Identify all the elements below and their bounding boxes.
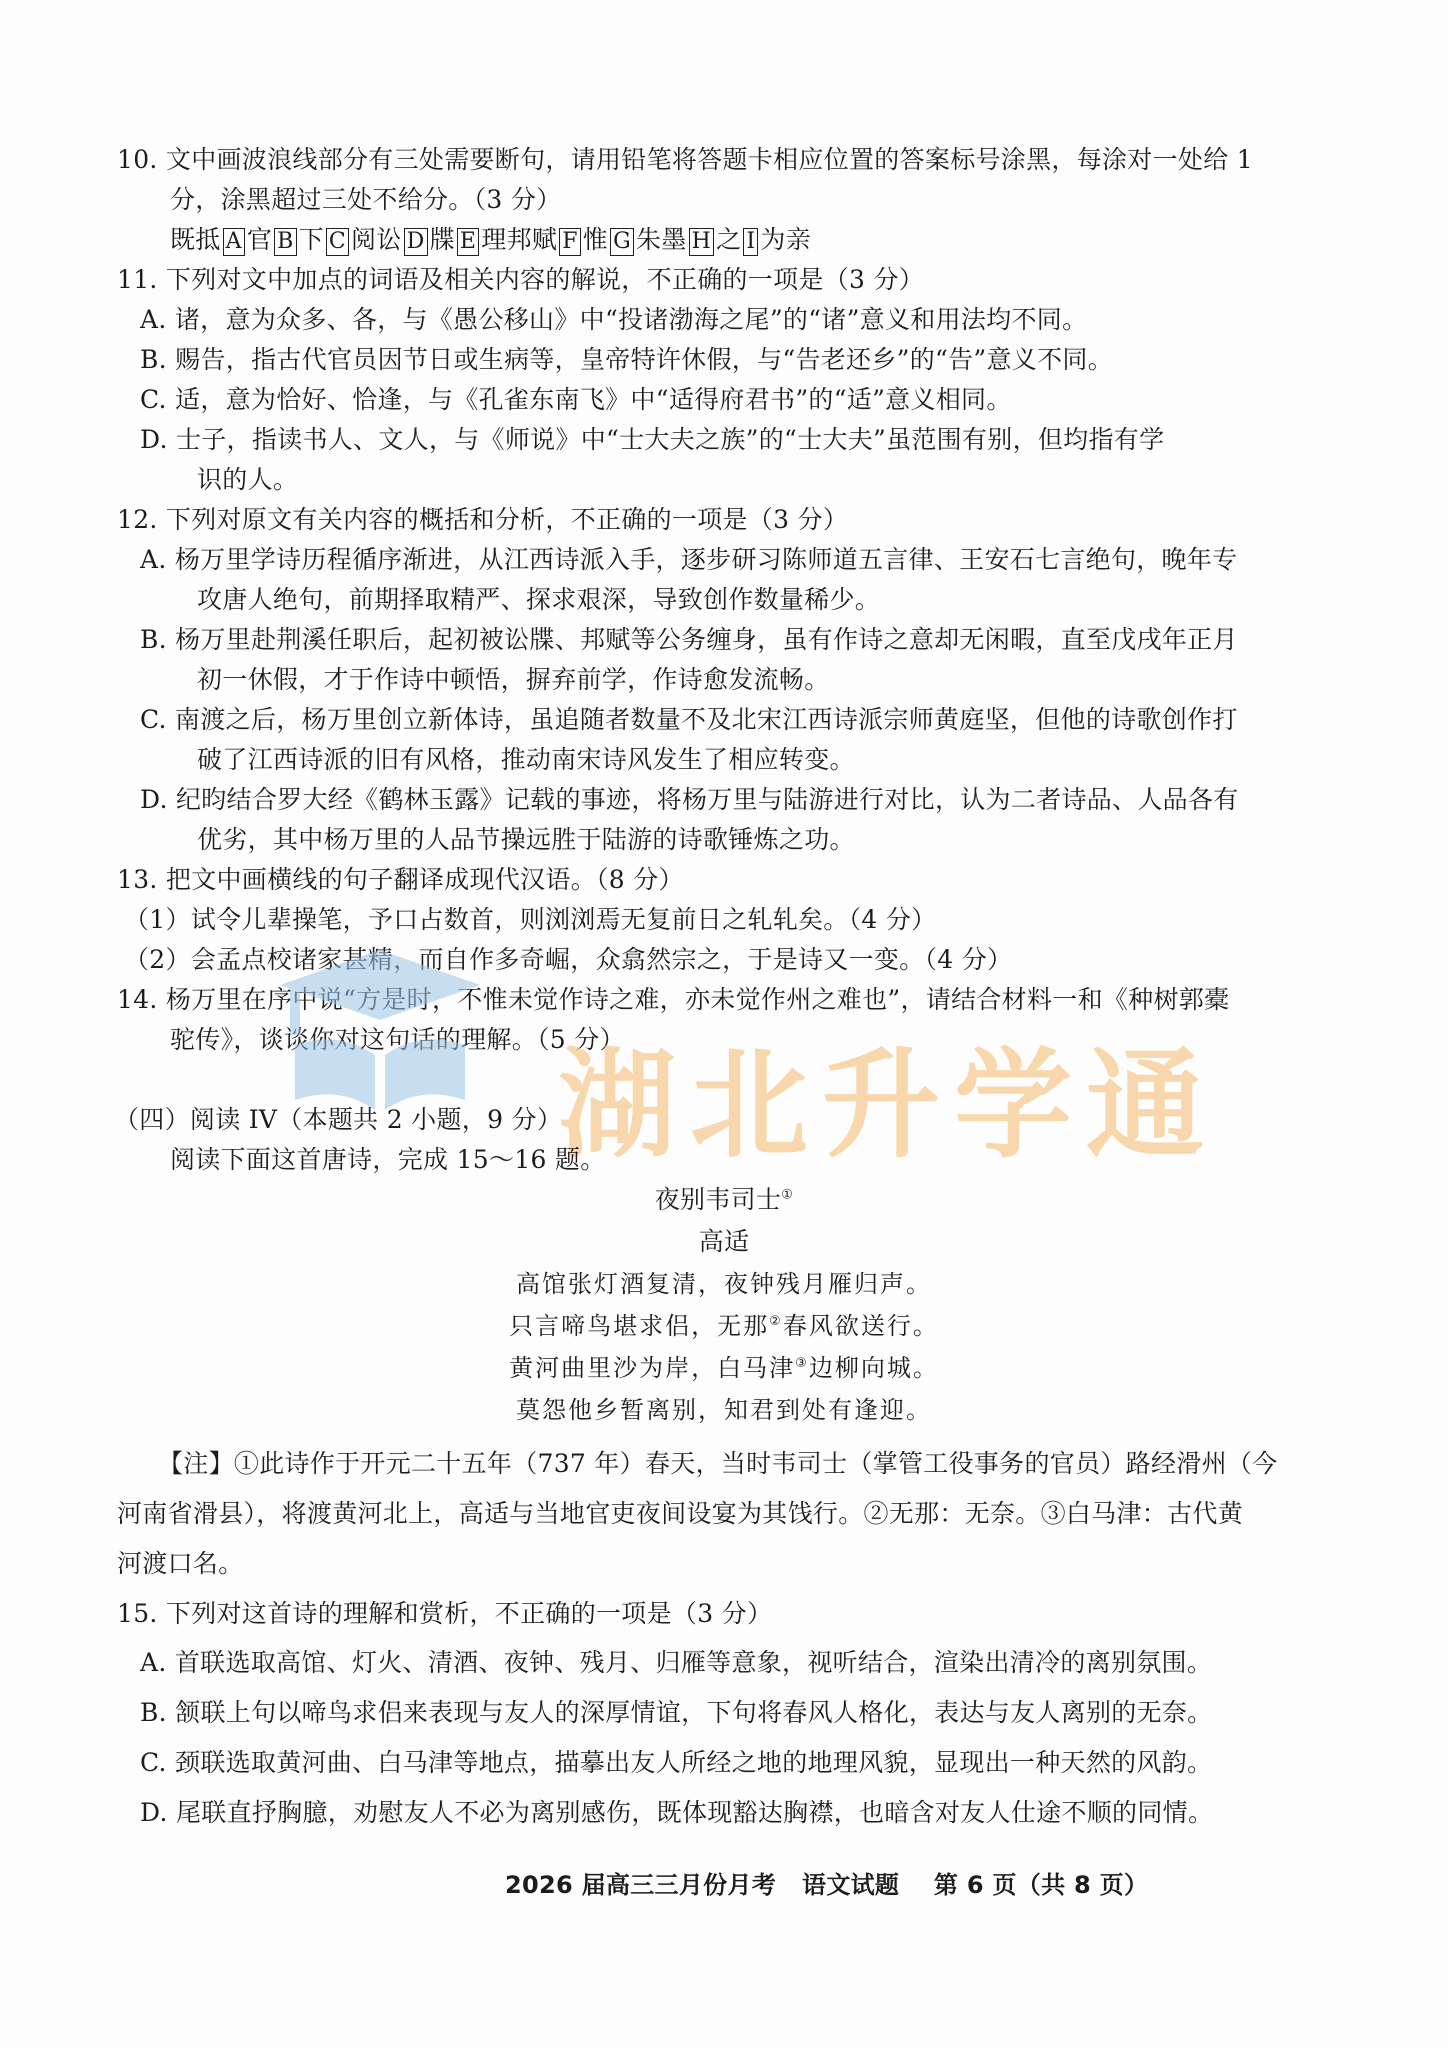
poem-line-3: 黄河曲里沙为岸，白马津③边柳向城。 [0, 1351, 1448, 1385]
segment-text: 下 [299, 225, 324, 254]
segment-text: 朱墨 [636, 225, 687, 254]
q11-option-d-cont: 识的人。 [197, 463, 298, 497]
poem-line-4: 莫怨他乡暂离别，知君到处有逢迎。 [0, 1393, 1448, 1427]
q10-stem-line2: 分，涂黑超过三处不给分。（3 分） [170, 183, 561, 217]
q11-option-b: B. 赐告，指古代官员因节日或生病等，皇帝特许休假，与“告老还乡”的“告”意义不… [140, 343, 1113, 377]
segment-text: 阅讼 [351, 225, 402, 254]
q11-stem: 11. 下列对文中加点的词语及相关内容的解说，不正确的一项是（3 分） [117, 263, 924, 297]
q11-option-c: C. 适，意为恰好、恰逢，与《孔雀东南飞》中“适得府君书”的“适”意义相同。 [140, 383, 1012, 417]
segment-text: 理邦赋 [481, 225, 557, 254]
exam-page: 10. 文中画波浪线部分有三处需要断句，请用铅笔将答题卡相应位置的答案标号涂黑，… [0, 0, 1448, 2048]
q12-option-b-cont: 初一休假，才于作诗中顿悟，摒弃前学，作诗愈发流畅。 [197, 663, 830, 697]
poem-notes-line1: 【注】①此诗作于开元二十五年（737 年）春天，当时韦司士（掌管工役事务的官员）… [158, 1447, 1277, 1481]
poem-notes-line2: 河南省滑县），将渡黄河北上，高适与当地官吏夜间设宴为其饯行。②无那：无奈。③白马… [117, 1497, 1243, 1531]
answer-mark-box: E [457, 228, 479, 256]
q12-option-a: A. 杨万里学诗历程循序渐进，从江西诗派入手，逐步研习陈师道五言律、王安石七言绝… [140, 543, 1237, 577]
answer-mark-box: H [689, 228, 715, 256]
answer-mark-box: I [743, 228, 758, 256]
segment-text: 既抵 [170, 225, 221, 254]
q12-stem: 12. 下列对原文有关内容的概括和分析，不正确的一项是（3 分） [117, 503, 848, 537]
poem-notes-line3: 河渡口名。 [117, 1547, 244, 1581]
footer-exam-title: 2026 届高三三月份月考 [505, 1871, 776, 1899]
q13-stem: 13. 把文中画横线的句子翻译成现代汉语。（8 分） [117, 863, 684, 897]
poem-line-2: 只言啼鸟堪求侣，无那②春风欲送行。 [0, 1309, 1448, 1343]
answer-mark-box: D [404, 228, 428, 256]
q15-option-a: A. 首联选取高馆、灯火、清酒、夜钟、残月、归雁等意象，视听结合，渲染出清冷的离… [140, 1646, 1212, 1680]
poem-title-text: 夜别韦司士 [655, 1185, 782, 1214]
poem-author: 高适 [0, 1225, 1448, 1259]
q13-item-1: （1）试令儿辈操笔，予口占数首，则浏浏焉无复前日之轧轧矣。（4 分） [124, 903, 936, 937]
q10-segment-line: 既抵A官B下C阅讼D牒E理邦赋F惟G朱墨H之I为亲 [170, 223, 811, 257]
answer-mark-box: B [274, 228, 296, 256]
watermark-text: 湖北升学通 [558, 1010, 1218, 1180]
poem-text: 边柳向城。 [809, 1354, 939, 1382]
q15-stem: 15. 下列对这首诗的理解和赏析，不正确的一项是（3 分） [117, 1597, 772, 1631]
q11-option-a: A. 诸，意为众多、各，与《愚公移山》中“投诸渤海之尾”的“诸”意义和用法均不同… [140, 303, 1087, 337]
answer-mark-box: C [326, 228, 349, 256]
answer-mark-box: G [610, 228, 634, 256]
page-footer: 2026 届高三三月份月考 语文试题 第 6 页（共 8 页） [505, 1868, 1148, 1902]
footnote-marker: ② [769, 1314, 783, 1329]
footer-page-number: 第 6 页（共 8 页） [934, 1871, 1148, 1899]
q15-option-c: C. 颈联选取黄河曲、白马津等地点，描摹出友人所经之地的地理风貌，显现出一种天然… [140, 1746, 1212, 1780]
footer-subject: 语文试题 [802, 1871, 899, 1899]
footnote-marker: ③ [795, 1356, 809, 1371]
q13-item-2: （2）会孟点校诸家甚精，而自作多奇崛，众翕然宗之，于是诗又一变。（4 分） [124, 943, 1012, 977]
section-4-heading: （四）阅读 IV（本题共 2 小题，9 分） [114, 1103, 562, 1137]
graduation-book-logo-icon [270, 945, 490, 1115]
q12-option-b: B. 杨万里赴荆溪任职后，起初被讼牒、邦赋等公务缠身，虽有作诗之意却无闲暇，直至… [140, 623, 1238, 657]
footnote-marker: ① [781, 1188, 793, 1203]
q15-option-d: D. 尾联直抒胸臆，劝慰友人不必为离别感伤，既体现豁达胸襟，也暗含对友人仕途不顺… [140, 1796, 1213, 1830]
poem-text: 只言啼鸟堪求侣，无那 [509, 1312, 769, 1340]
segment-text: 官 [247, 225, 272, 254]
q12-option-d: D. 纪昀结合罗大经《鹤林玉露》记载的事迹，将杨万里与陆游进行对比，认为二者诗品… [140, 783, 1239, 817]
answer-mark-box: A [223, 228, 245, 256]
q12-option-c-cont: 破了江西诗派的旧有风格，推动南宋诗风发生了相应转变。 [197, 743, 855, 777]
q11-option-d: D. 士子，指读书人、文人，与《师说》中“士大夫之族”的“士大夫”虽范围有别，但… [140, 423, 1164, 457]
poem-text: 高馆张灯酒复清，夜钟残月雁归声。 [516, 1270, 932, 1298]
segment-text: 牒 [430, 225, 455, 254]
q10-stem-line1: 10. 文中画波浪线部分有三处需要断句，请用铅笔将答题卡相应位置的答案标号涂黑，… [117, 143, 1253, 177]
poem-line-1: 高馆张灯酒复清，夜钟残月雁归声。 [0, 1267, 1448, 1301]
poem-title: 夜别韦司士① [0, 1183, 1448, 1217]
q12-option-a-cont: 攻唐人绝句，前期择取精严、探求艰深，导致创作数量稀少。 [197, 583, 880, 617]
segment-text: 之 [716, 225, 741, 254]
segment-text: 为亲 [760, 225, 811, 254]
segment-text: 惟 [583, 225, 608, 254]
poem-text: 春风欲送行。 [783, 1312, 939, 1340]
q12-option-d-cont: 优劣，其中杨万里的人品节操远胜于陆游的诗歌锤炼之功。 [197, 823, 855, 857]
section-4-instruction: 阅读下面这首唐诗，完成 15～16 题。 [170, 1143, 606, 1177]
q12-option-c: C. 南渡之后，杨万里创立新体诗，虽追随者数量不及北宋江西诗派宗师黄庭坚，但他的… [140, 703, 1238, 737]
q15-option-b: B. 颔联上句以啼鸟求侣来表现与友人的深厚情谊，下句将春风人格化，表达与友人离别… [140, 1696, 1212, 1730]
poem-text: 黄河曲里沙为岸，白马津 [509, 1354, 795, 1382]
poem-text: 莫怨他乡暂离别，知君到处有逢迎。 [516, 1396, 932, 1424]
answer-mark-box: F [559, 228, 581, 256]
